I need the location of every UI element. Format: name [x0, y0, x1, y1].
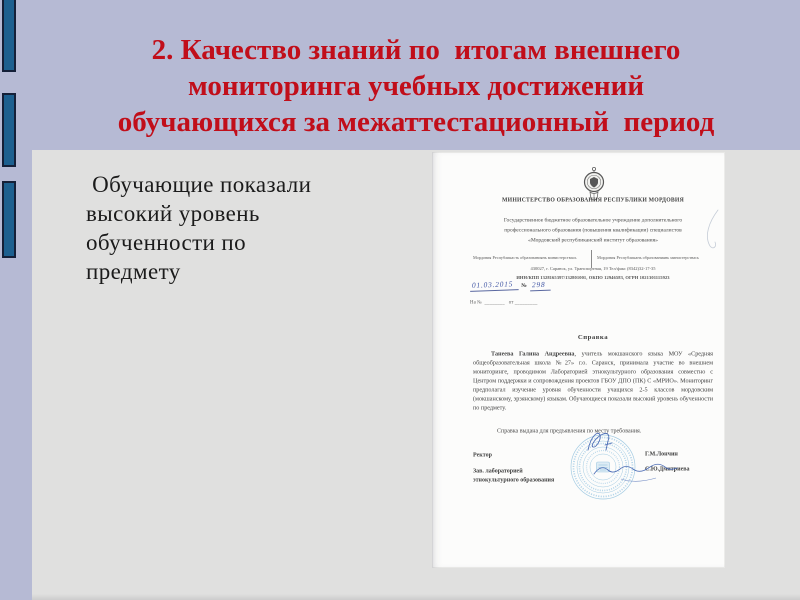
signature-role-rector: Ректор: [473, 451, 492, 459]
accent-bar: [2, 181, 16, 258]
title-line: мониторинга учебных достижений: [36, 68, 796, 104]
reference-line: На № ________ от _________: [470, 300, 538, 305]
head-of-lab-signature: [591, 459, 686, 489]
signature-name-rector: Г.М.Лончин: [645, 450, 678, 458]
slide-body-text: Обучающие показали высокий уровень обуче…: [86, 170, 311, 286]
institution-line: профессионального образования (повышения…: [473, 227, 713, 233]
body-text-line: Обучающие показали: [86, 170, 311, 199]
scan-pen-flourish: [700, 207, 722, 257]
certificate-document: МИНИСТЕРСТВО ОБРАЗОВАНИЯ РЕСПУБЛИКИ МОРД…: [432, 152, 725, 568]
title-line: обучающихся за межаттестационный период: [36, 104, 796, 140]
body-text-line: обученности по: [86, 228, 311, 257]
document-body-paragraph: Танеева Галина Андреевна, учитель мокшан…: [473, 349, 713, 412]
requisites-line: ИНН/КПП 1328165397/132801001, ОКПО 12946…: [473, 275, 713, 280]
number-sign: №: [521, 283, 527, 289]
bottom-shadow: [32, 594, 800, 600]
institution-line: «Мордовский республиканский институт обр…: [473, 237, 713, 243]
letterhead-left-column: Мордовия Республикасть образованиянь мин…: [473, 255, 578, 260]
accent-bar: [2, 0, 16, 72]
handwritten-date: 01.03.2015: [470, 280, 519, 292]
ministry-name: МИНИСТЕРСТВО ОБРАЗОВАНИЯ РЕСПУБЛИКИ МОРД…: [473, 197, 713, 203]
handwritten-number: 298: [530, 281, 551, 292]
signature-role-head: Зав. лабораторией: [473, 467, 523, 475]
presentation-slide: 2. Качество знаний по итогам внешнего мо…: [0, 0, 800, 600]
title-line: 2. Качество знаний по итогам внешнего: [36, 32, 796, 68]
outgoing-number-row: 01.03.2015№298: [470, 281, 620, 291]
slide-title: 2. Качество знаний по итогам внешнего мо…: [36, 32, 796, 140]
institution-line: Государственное бюджетное образовательно…: [473, 217, 713, 223]
rector-signature: [581, 428, 626, 456]
signature-role-head: этнокультурного образования: [473, 476, 554, 484]
document-title: Справка: [473, 333, 713, 341]
teacher-name: Танеева Галина Андреевна: [491, 350, 575, 357]
body-text-line: высокий уровень: [86, 199, 311, 228]
address-line: 430027, г. Саранск, ул. Транспортная, 19…: [473, 266, 713, 271]
body-text-line: предмету: [86, 257, 311, 286]
accent-bar: [2, 93, 16, 167]
content-area: Обучающие показали высокий уровень обуче…: [32, 150, 800, 600]
